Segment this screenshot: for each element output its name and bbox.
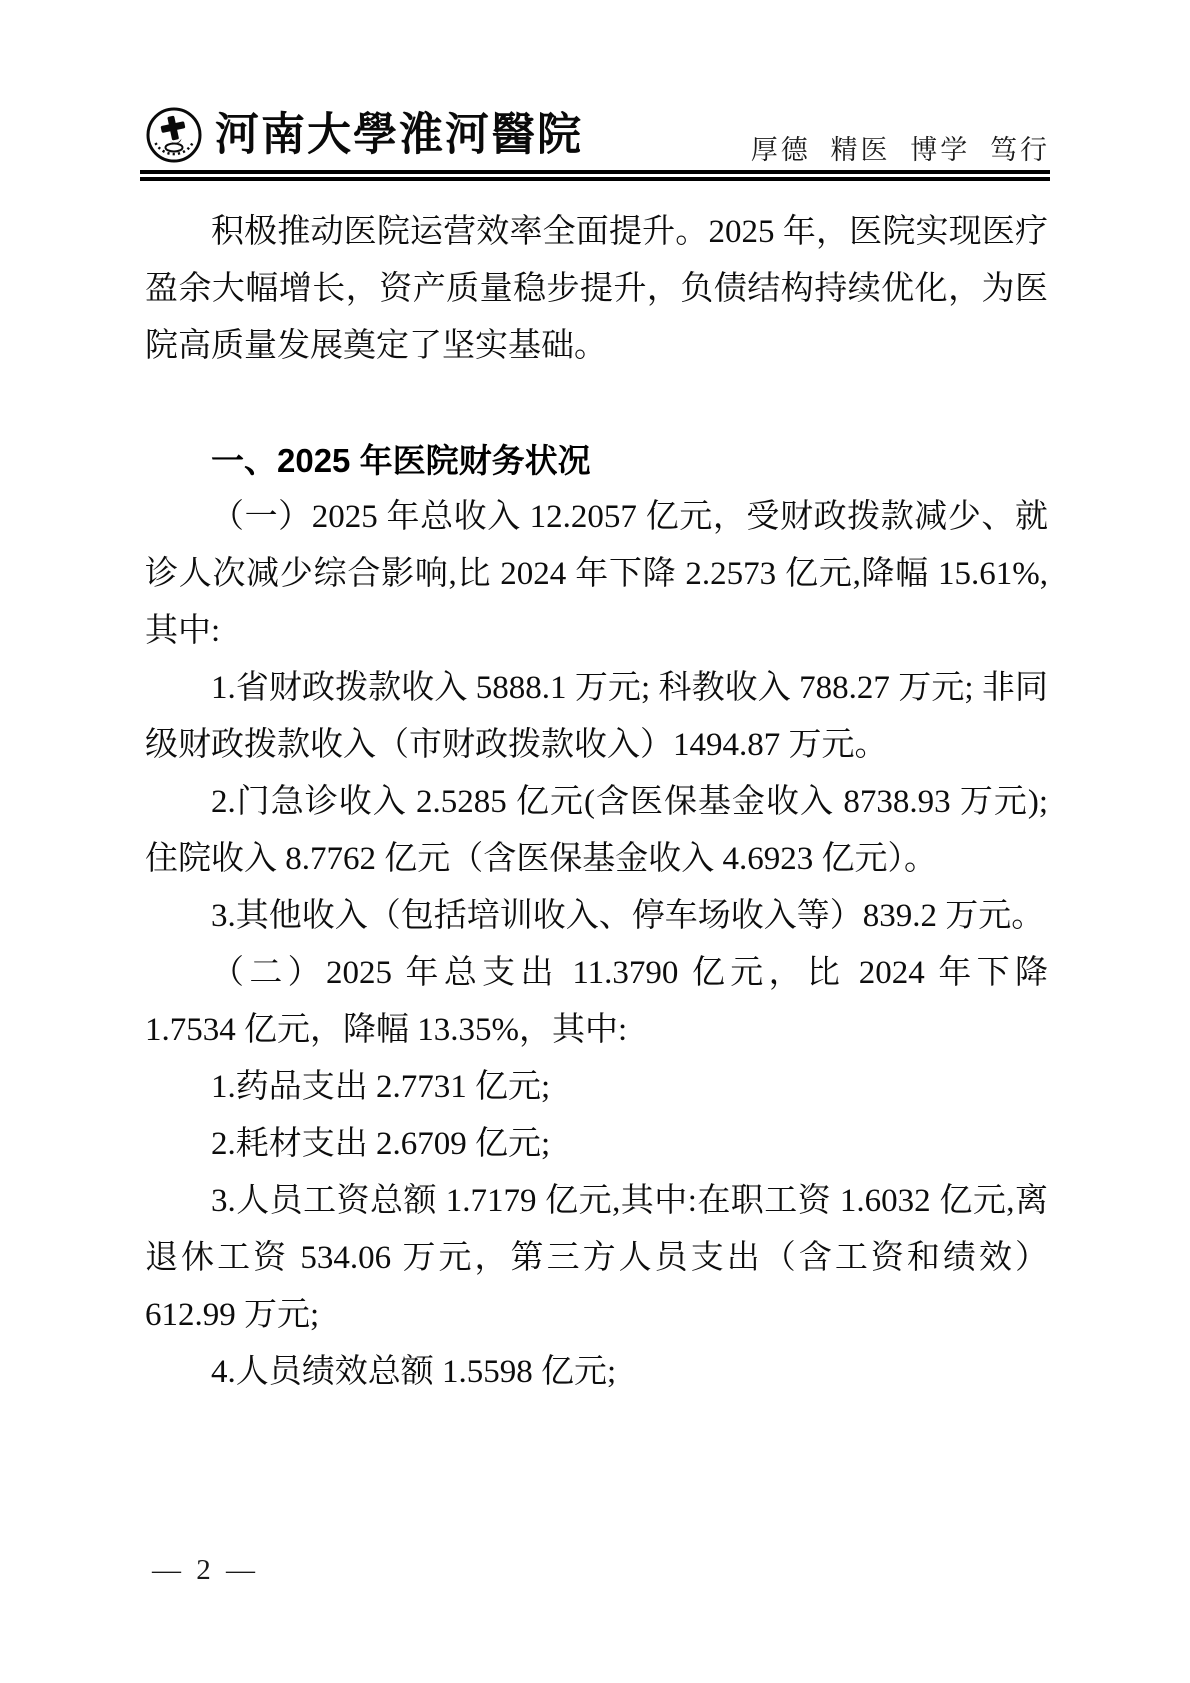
paragraph-other-income: 3.其他收入（包括培训收入、停车场收入等）839.2 万元。 <box>145 888 1048 945</box>
header-divider <box>140 170 1050 181</box>
hospital-name: 河南大學淮河醫院 <box>215 105 583 164</box>
hospital-motto: 厚德 精医 博学 笃行 <box>751 128 1050 167</box>
paragraph-total-income: （一）2025 年总收入 12.2057 亿元，受财政拨款减少、就诊人次减少综合… <box>145 489 1048 660</box>
paragraph-total-expenditure: （二）2025 年总支出 11.3790 亿元，比 2024 年下降 1.753… <box>145 945 1048 1059</box>
document-body: 积极推动医院运营效率全面提升。2025 年，医院实现医疗盈余大幅增长，资产质量稳… <box>145 204 1048 1401</box>
paragraph-provincial-appropriation: 1.省财政拨款收入 5888.1 万元; 科教收入 788.27 万元; 非同级… <box>145 660 1048 774</box>
section-title: 一、2025 年医院财务状况 <box>145 432 1048 489</box>
intro-paragraph: 积极推动医院运营效率全面提升。2025 年，医院实现医疗盈余大幅增长，资产质量稳… <box>145 204 1048 375</box>
paragraph-salary-expenditure: 3.人员工资总额 1.7179 亿元,其中:在职工资 1.6032 亿元,离退休… <box>145 1173 1048 1344</box>
hospital-brand: 河南大學淮河醫院 <box>145 106 583 164</box>
page-number: — 2 — <box>152 1554 259 1587</box>
paragraph-outpatient-inpatient-income: 2.门急诊收入 2.5285 亿元(含医保基金收入 8738.93 万元); 住… <box>145 774 1048 888</box>
paragraph-consumables-expenditure: 2.耗材支出 2.6709 亿元; <box>145 1116 1048 1173</box>
paragraph-drug-expenditure: 1.药品支出 2.7731 亿元; <box>145 1059 1048 1116</box>
hospital-emblem-icon <box>145 106 203 164</box>
paragraph-performance-expenditure: 4.人员绩效总额 1.5598 亿元; <box>145 1344 1048 1401</box>
document-page: 河南大學淮河醫院 厚德 精医 博学 笃行 积极推动医院运营效率全面提升。2025… <box>0 0 1190 1683</box>
